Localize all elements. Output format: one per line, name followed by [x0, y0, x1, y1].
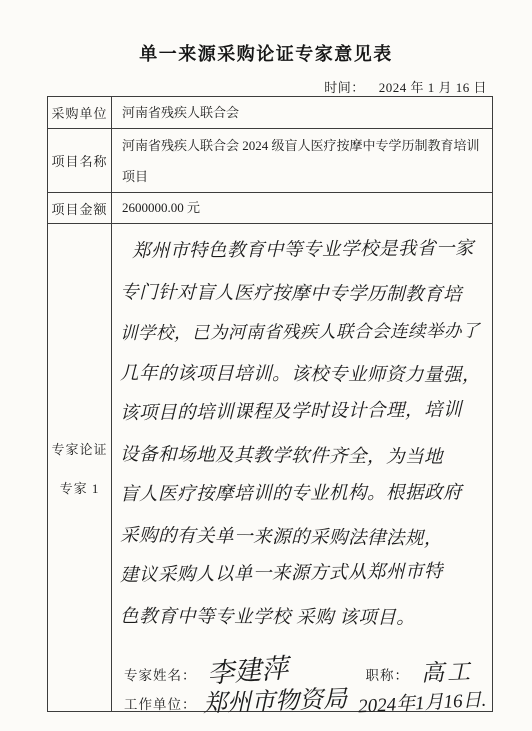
table-row: 项目名称 河南省残疾人联合会 2024 级盲人医疗按摩中专学历制教育培训项目 — [48, 129, 493, 193]
job-title-label: 职称： — [366, 664, 410, 684]
opinion-line: 专门针对盲人医疗按摩中专学历制教育培 — [120, 273, 488, 316]
project-name-value: 河南省残疾人联合会 2024 级盲人医疗按摩中专学历制教育培训项目 — [112, 129, 493, 193]
opinion-line: 该项目的培训课程及学时设计合理，培训 — [120, 390, 488, 434]
job-title-handwriting: 高工 — [420, 653, 473, 688]
page-title: 单一来源采购论证专家意见表 — [0, 40, 532, 66]
project-amount-value: 2600000.00 元 — [112, 193, 493, 224]
purchase-unit-value: 河南省残疾人联合会 — [112, 97, 493, 129]
signature-date-handwriting: 2024年1月16日. — [357, 685, 487, 719]
opinion-line: 郑州市特色教育中等专业学校是我省一家 — [120, 229, 488, 273]
purchase-unit-label: 采购单位 — [48, 97, 112, 129]
scanned-form-page: 单一来源采购论证专家意见表 时间：2024 年 1 月 16 日 采购单位 河南… — [0, 0, 532, 731]
handwritten-opinion: 郑州市特色教育中等专业学校是我省一家 专门针对盲人医疗按摩中专学历制教育培 训学… — [120, 232, 488, 637]
expert-opinion-cell: 郑州市特色教育中等专业学校是我省一家 专门针对盲人医疗按摩中专学历制教育培 训学… — [112, 224, 493, 712]
form-table: 采购单位 河南省残疾人联合会 项目名称 河南省残疾人联合会 2024 级盲人医疗… — [47, 96, 493, 712]
table-row: 专家论证 专家 1 郑州市特色教育中等专业学校是我省一家 专门针对盲人医疗按摩中… — [48, 224, 493, 712]
project-name-label: 项目名称 — [48, 129, 112, 193]
expert-demonstration-label: 专家论证 — [51, 439, 107, 458]
opinion-line: 色教育中等专业学校 采购 该项目。 — [120, 597, 488, 639]
opinion-line: 建议采购人以单一来源方式从郑州市特 — [120, 552, 488, 597]
opinion-line: 盲人医疗按摩培训的专业机构。根据政府 — [120, 473, 488, 515]
expert-name-row: 专家姓名： 李建萍 职称： 高工 — [124, 649, 488, 679]
time-label: 时间： — [324, 80, 365, 95]
expert-number-label: 专家 1 — [60, 478, 100, 497]
opinion-line: 几年的该项目培训。该校专业师资力量强， — [120, 354, 488, 396]
time-line: 时间：2024 年 1 月 16 日 — [324, 77, 487, 96]
time-value: 2024 年 1 月 16 日 — [379, 80, 487, 95]
work-unit-handwriting: 郑州市物资局 — [202, 678, 347, 718]
opinion-line: 训学校，已为河南省残疾人联合会连续举办了 — [120, 310, 488, 353]
work-unit-label: 工作单位： — [124, 693, 197, 713]
table-row: 采购单位 河南省残疾人联合会 — [48, 97, 493, 129]
expert-row-label: 专家论证 专家 1 — [48, 224, 112, 712]
project-amount-label: 项目金额 — [48, 193, 112, 224]
table-row: 项目金额 2600000.00 元 — [48, 193, 493, 224]
expert-name-label: 专家姓名： — [124, 664, 197, 684]
opinion-line: 设备和场地及其教学软件齐全，为当地 — [120, 435, 488, 479]
